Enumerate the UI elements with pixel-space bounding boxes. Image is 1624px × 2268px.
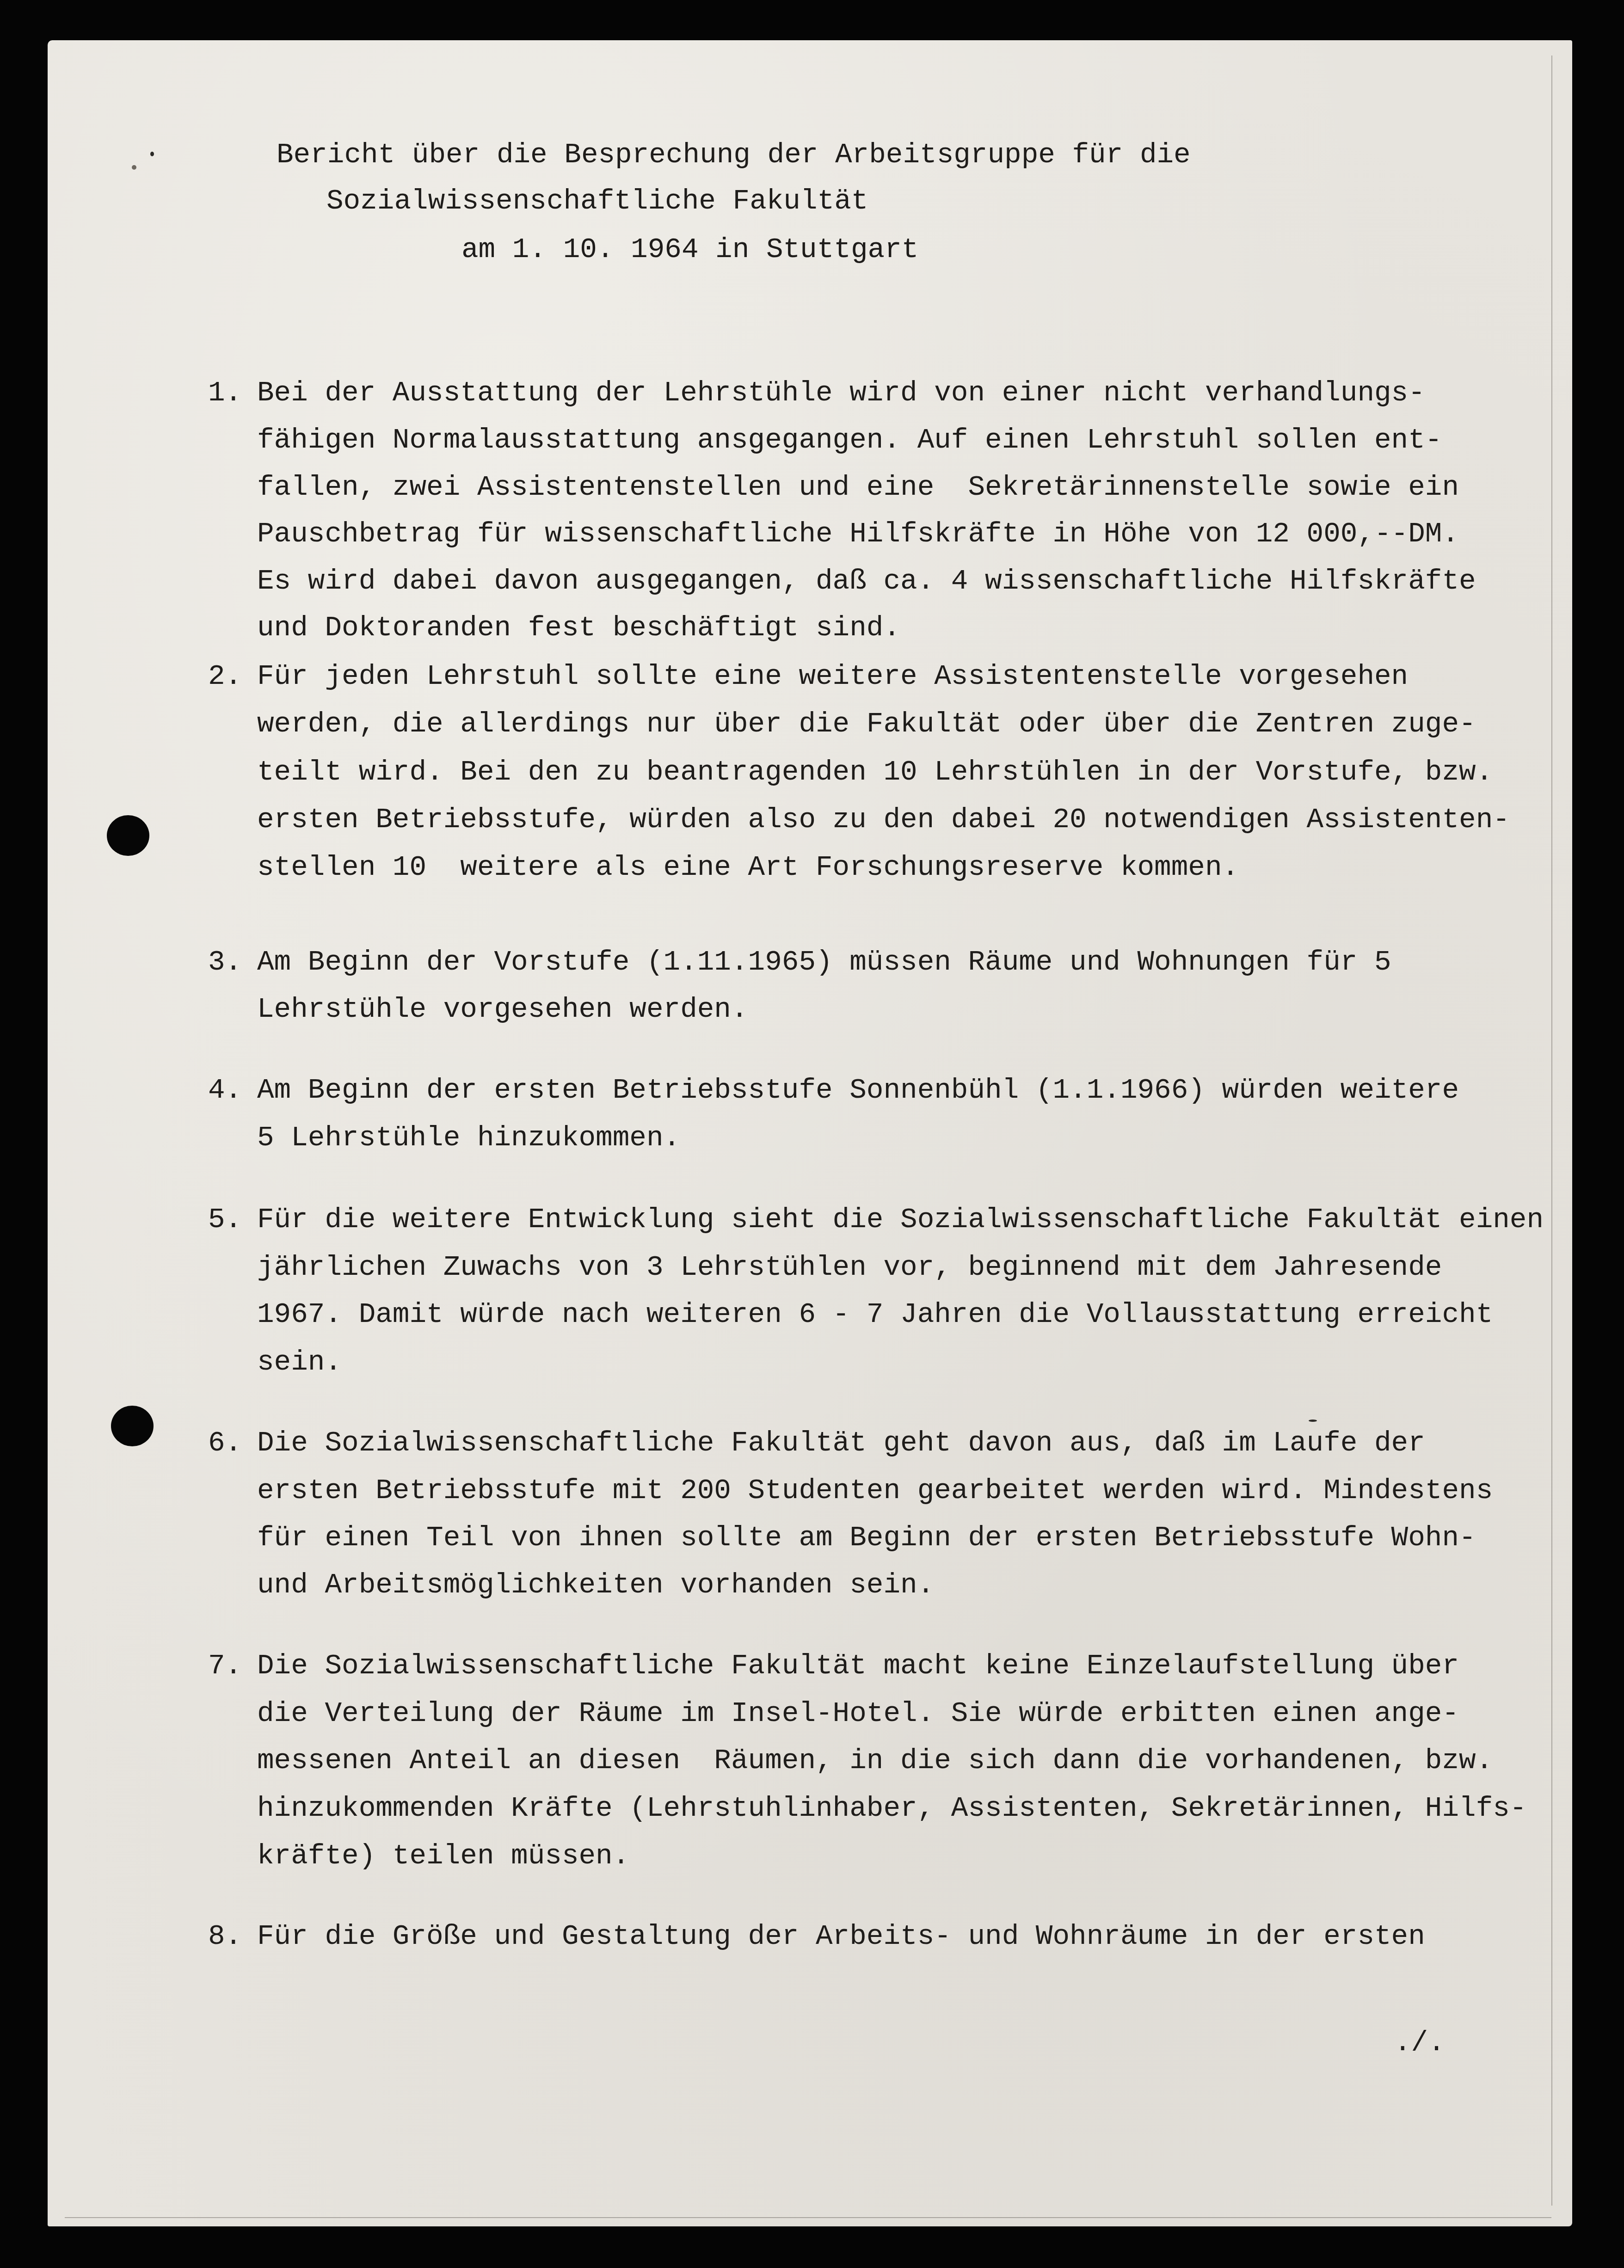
item-line: sein. bbox=[257, 1348, 342, 1377]
item-line: Für jeden Lehrstuhl sollte eine weitere … bbox=[257, 663, 1408, 691]
item-line: teilt wird. Bei den zu beantragenden 10 … bbox=[257, 758, 1493, 787]
item-number: 2. bbox=[208, 663, 242, 691]
continuation-mark: ./. bbox=[1394, 2029, 1445, 2057]
item-line: und Doktoranden fest beschäftigt sind. bbox=[257, 614, 900, 642]
item-line: hinzukommenden Kräfte (Lehrstuhlinhaber,… bbox=[257, 1795, 1526, 1823]
item-line: Bei der Ausstattung der Lehrstühle wird … bbox=[257, 379, 1425, 407]
item-line: Am Beginn der Vorstufe (1.11.1965) müsse… bbox=[257, 948, 1391, 977]
item-number: 3. bbox=[208, 948, 242, 977]
item-number: 5. bbox=[208, 1206, 242, 1234]
item-number: 6. bbox=[208, 1429, 242, 1457]
item-line: und Arbeitsmöglichkeiten vorhanden sein. bbox=[257, 1571, 934, 1599]
item-line: stellen 10 weitere als eine Art Forschun… bbox=[257, 854, 1239, 882]
item-number: 8. bbox=[208, 1923, 242, 1951]
title-line-1: Bericht über die Besprechung der Arbeits… bbox=[277, 141, 1191, 169]
item-line: werden, die allerdings nur über die Faku… bbox=[257, 710, 1476, 738]
punch-hole-upper bbox=[107, 815, 149, 856]
item-line: Es wird dabei davon ausgegangen, daß ca.… bbox=[257, 567, 1476, 596]
item-number: 7. bbox=[208, 1652, 242, 1680]
item-line: die Verteilung der Räume im Insel-Hotel.… bbox=[257, 1700, 1459, 1728]
item-line: 1967. Damit würde nach weiteren 6 - 7 Ja… bbox=[257, 1301, 1493, 1329]
paper-speck bbox=[132, 165, 136, 170]
item-line: Pauschbetrag für wissenschaftliche Hilfs… bbox=[257, 520, 1459, 548]
item-number: 1. bbox=[208, 379, 242, 407]
item-line: Für die weitere Entwicklung sieht die So… bbox=[257, 1206, 1544, 1234]
item-line: für einen Teil von ihnen sollte am Begin… bbox=[257, 1524, 1476, 1552]
title-line-3: am 1. 10. 1964 in Stuttgart bbox=[461, 236, 918, 264]
scan-margin-line bbox=[1551, 55, 1552, 2206]
item-line: fallen, zwei Assistentenstellen und eine… bbox=[257, 473, 1459, 502]
item-line: Die Sozialwissenschaftliche Fakultät geh… bbox=[257, 1429, 1425, 1457]
item-line: Die Sozialwissenschaftliche Fakultät mac… bbox=[257, 1652, 1459, 1680]
paper-speck bbox=[1309, 1420, 1317, 1422]
item-line: 5 Lehrstühle hinzukommen. bbox=[257, 1124, 680, 1152]
item-number: 4. bbox=[208, 1076, 242, 1105]
paper-speck bbox=[150, 152, 154, 156]
scan-bottom-line bbox=[65, 2217, 1551, 2218]
item-line: ersten Betriebsstufe, würden also zu den… bbox=[257, 806, 1510, 834]
title-line-2: Sozialwissenschaftliche Fakultät bbox=[326, 187, 868, 215]
item-line: Für die Größe und Gestaltung der Arbeits… bbox=[257, 1923, 1425, 1951]
item-line: jährlichen Zuwachs von 3 Lehrstühlen vor… bbox=[257, 1254, 1442, 1282]
item-line: fähigen Normalausstattung ansgegangen. A… bbox=[257, 426, 1442, 455]
item-line: messenen Anteil an diesen Räumen, in die… bbox=[257, 1747, 1493, 1775]
item-line: kräfte) teilen müssen. bbox=[257, 1842, 629, 1870]
punch-hole-lower bbox=[111, 1406, 154, 1446]
item-line: Am Beginn der ersten Betriebsstufe Sonne… bbox=[257, 1076, 1459, 1105]
item-line: ersten Betriebsstufe mit 200 Studenten g… bbox=[257, 1477, 1493, 1505]
item-line: Lehrstühle vorgesehen werden. bbox=[257, 996, 748, 1024]
